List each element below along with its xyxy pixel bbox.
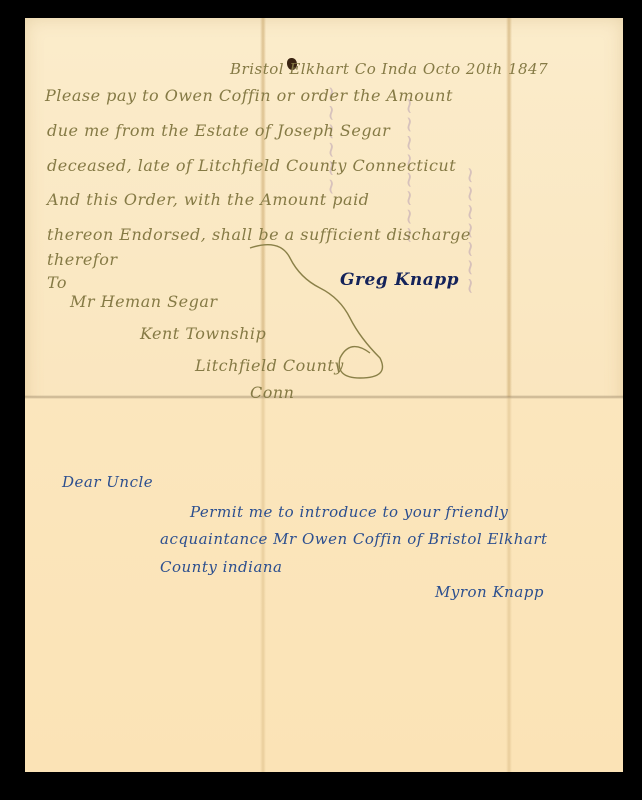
addressee-line: To — [47, 273, 67, 292]
letter-paper: ~~~~~~ ~~~~~~~~ ~~~~~~~ Bristol Elkhart … — [25, 18, 623, 772]
note-salutation: Dear Uncle — [62, 473, 153, 491]
note-body-line: acquaintance Mr Owen Coffin of Bristol E… — [160, 530, 548, 548]
order-body-line: deceased, late of Litchfield County Conn… — [47, 156, 456, 175]
order-body-line: due me from the Estate of Joseph Segar — [47, 121, 390, 140]
addressee-line: Mr Heman Segar — [70, 292, 218, 311]
note-signature: Myron Knapp — [435, 583, 544, 601]
order-body-line: Please pay to Owen Coffin or order the A… — [45, 86, 453, 105]
note-body-line: County indiana — [160, 558, 283, 576]
signature-flourish-icon — [240, 238, 400, 388]
order-body-line: And this Order, with the Amount paid — [47, 190, 369, 209]
fold-line-horizontal — [25, 395, 623, 399]
order-body-line: therefor — [47, 250, 118, 269]
order-dateline: Bristol Elkhart Co Inda Octo 20th 1847 — [230, 60, 548, 78]
note-body-line: Permit me to introduce to your friendly — [190, 503, 508, 521]
